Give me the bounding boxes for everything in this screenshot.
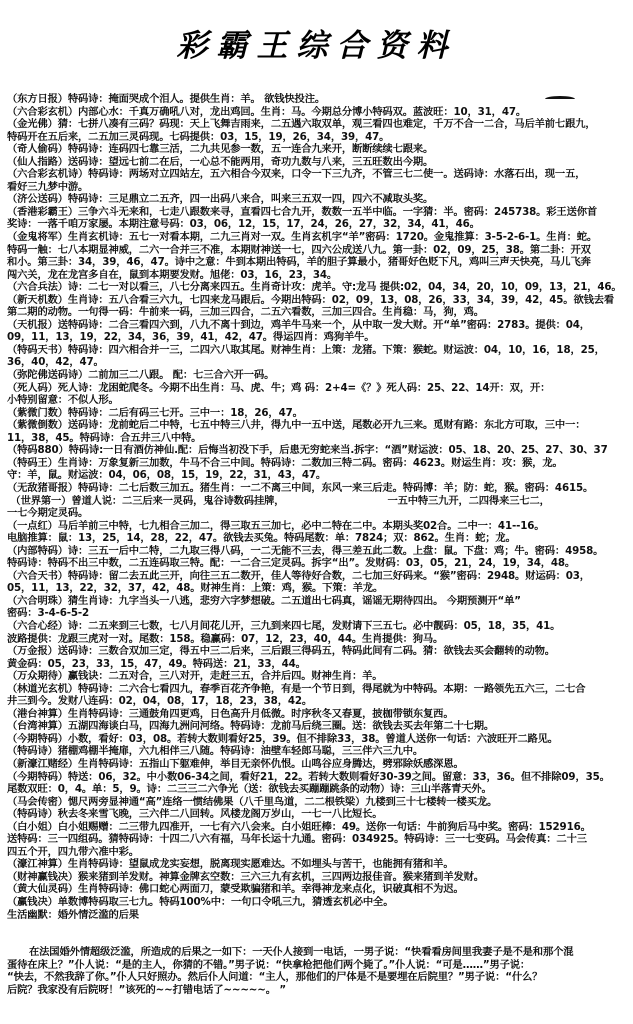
- text-line: 尾数双旺：0，4。单：5，9。诗：二三三二六争光（送：欲钱去买蹦蹦跳条的动物）诗…: [7, 783, 631, 796]
- text-line: （赢钱决）单数博特码取三七九。特码100%中：一句口令吼三九，猜透玄机必中全。: [7, 896, 631, 909]
- text-line: （黄大仙灵码）生肖特码诗：佛口蛇心两面刀，蒙受欺骗猪和羊。幸得神龙来点化，识破真…: [7, 883, 631, 896]
- text-line: 小特别留意：不似人形。: [7, 394, 631, 407]
- text-line: 和小。第三卦：34，39，46，47。诗中之意：牛到本期出特码，羊的胆子算最小，…: [7, 256, 631, 269]
- story-line: 蛋待在床上？”仆人说：“是的主人，你猜的不错。”男子说：“快拿枪把他们两个毙了。…: [7, 959, 631, 972]
- text-line: （六合彩玄机诗）特码诗：两场对立四站左，五六相合今双来，口令一下三九齐，不管三七…: [7, 168, 631, 181]
- text-line: （林道光玄机）特码诗：二六合七看四九，春季百花齐争艳，有是一个节日到，得尾就为中…: [7, 683, 631, 696]
- text-line: （六合兵法）诗：二七一对以看三，八七分离来四五。生肖奇计攻：虎羊。守:龙马 提供…: [7, 281, 631, 294]
- text-line: （万金报）送码诗：三数合双加三定，得五中三二后来，三后跟三得码五，特码此间有二码…: [7, 645, 631, 658]
- story-line: “快去，不然我辞了你。”仆人只好照办。然后仆人问道：“主人，那他们的尸体是不是要…: [7, 971, 631, 984]
- story-line: 后院？我家没有后院呀！”该死的~~打错电话了~~~~~。 ”: [7, 984, 631, 997]
- text-line: （特码880）特码诗:一日有酒仿神仙.配：后悔当初没下手，后患无穷蛇来当.拆字：…: [7, 444, 631, 457]
- page-title: 彩霸王综合资料: [0, 20, 633, 65]
- text-line: （内部特码）诗：三五一后中二特，二九取三得八码，一二无能不三去，得三差五此二数。…: [7, 545, 631, 558]
- text-line: 闯六关，龙在龙宫多自在，鼠到本期要发财。旭佬：03，16，23，34。: [7, 269, 631, 282]
- text-line: 特码开在五后来，二五加三灵码现。七码提供：03，15，19，26，34，39，4…: [7, 131, 631, 144]
- text-line: （台湾神算）五湖四海谈白马，四海九洲问河络。特码诗：龙前马后绕三圈。送：欲钱去买…: [7, 720, 631, 733]
- text-line: （六合彩玄机）内部心水：千真万确吼八对，龙出鸡回。生肖：马。今期总分博小特码双。…: [7, 106, 631, 119]
- text-line: （济公送码）特码诗：三足鼎立二五齐，四一出码八来合，叫来三五双一四，四六不减取头…: [7, 193, 631, 206]
- text-line: 特码一触：七八本期显神威，二六一合并三不准，本期财神送一七，四六公成送八九。第一…: [7, 244, 631, 257]
- text-line: （金光佛）猜：七拼八凑有三码？码现：天上飞舞吉雨来，二五遇六取双单，观三看四也难…: [7, 118, 631, 131]
- text-line: （弥陀佛送码诗）二前加三二八跟。 配：七三合六开一码。: [7, 369, 631, 382]
- text-line: 第二期的动物。一句得一码：牛前来一码，三加三四合，二五六看数，三加三四合。生肖稳…: [7, 306, 631, 319]
- text-line: （马会传密）愢尺两旁显神通“高”连络一惯结佛果（八千里鸟道，二二根铁梁）九楼到三…: [7, 796, 631, 809]
- text-line: 看好三九梦中游。: [7, 181, 631, 194]
- text-line: 36，40，42，47。: [7, 356, 631, 369]
- section-heading: [7, 934, 631, 947]
- text-line: 09，11，13，19，22，34，36，39，41，42，47。得运四肖：鸡狗…: [7, 331, 631, 344]
- text-line: 送特码：三一四组码。猜特码诗：十四二八六有福，马年长运十九通。密码：034925…: [7, 833, 631, 846]
- text-line: （今期特码）小数，看好：03，08。若转大数则看好25，39。但不排除33，38…: [7, 733, 631, 746]
- text-line: [7, 921, 631, 934]
- text-line: 特码诗：特码不出三中数，二五连码取三特。配：一二合三定灵码。拆字“出”。发财码：…: [7, 557, 631, 570]
- text-line: （万众期待）赢钱诀：二五对合，三八对开，走赶三五，合并后四。财神生肖：羊。: [7, 670, 631, 683]
- text-line: （东方日报）特码诗：掩面哭成个泪人。提供生肖：羊。 欲钱快投注。: [7, 93, 631, 106]
- text-line: （濠江神算）生肖特码诗：望鼠成龙实妄想，脱离现实愿难达。不如埋头与苦干，也能拥有…: [7, 858, 631, 871]
- text-line: （六合天书）特码诗：留二去五此三开，向往三五二数开，佳人等待好合数，二七加三好码…: [7, 570, 631, 583]
- text-line: （世界第一）曾道人说：二三后来一灵码，鬼谷诗数码挂牌， 一五中特三九开，二四得来…: [7, 495, 631, 508]
- text-line: （紫微门数）特码诗：二后有码三七开。三中一：18，26，47。: [7, 407, 631, 420]
- story-line: 在法国婚外情超级泛滥，所造成的后果之一如下：一天仆人接到一电话，一男子说：“快看…: [7, 946, 631, 959]
- text-line: 密码：3-4-6-5-2: [7, 607, 631, 620]
- text-line: （天机报）送特码诗：二合三看四六到，八九不离十到边，鸡羊牛马来一个，从中取一发大…: [7, 319, 631, 332]
- text-line: （六合明珠）猜生肖诗：九字当头一八逃，悲穷六字梦想破。二五道出七码真，谣谣无期待…: [7, 595, 631, 608]
- text-line: （奇人偷码）特码诗：连码四七靠三活，二九共见参一数，五一连合九来开，断断续续七跟…: [7, 143, 631, 156]
- text-line: （仙人指路）送码诗：望远七前二在后，一心总不能两用，奇功九数与八来，三五旺数出今…: [7, 156, 631, 169]
- text-line: （特码诗）猪棚鸡棚半掩扉，六九相伴三八随。特码诗：油壁车轻郎马聪，三三伴六三九中…: [7, 745, 631, 758]
- text-line: 四五个开，四九带六准中彩。: [7, 846, 631, 859]
- text-line: 井三到今。发财八连码：02，04，08，17，18，23，38，42。: [7, 695, 631, 708]
- text-line: （金鬼将军）生肖玄机诗：五七一对看本期，二九三肖对一双。生肖玄机字“羊”密码：1…: [7, 231, 631, 244]
- text-line: 电脑推算：鼠：13，25，14，28，22，47。欲钱去买兔。特码尾数：单：78…: [7, 532, 631, 545]
- text-line: （今期特码）特送：06，32。中小数06-34之间，看好21，22。若转大数则看…: [7, 771, 631, 784]
- text-line: （无敌猪哥报）特码诗：二七后数三加五。猪生肖：一二不离三中间，东风一来三后走。特…: [7, 482, 631, 495]
- text-line: （特码天书）特码诗：四六相合并一三，二四六八取其尾。财神生肖：上策：龙猪。下策：…: [7, 344, 631, 357]
- text-line: 奖诗：一落千咱万家屡。本期注意号码：03，06，12，15，17，24，26，2…: [7, 218, 631, 231]
- text-line: （新濠江赌经）生肖特码诗：五指山下躯难伸，举目无亲怀仇恨。山鸣谷应身腾达，劈邪除…: [7, 758, 631, 771]
- text-line: （一点红）马后羊前三中特，七九相合三加二，得三取五三加七，必中二特在二中。本期头…: [7, 520, 631, 533]
- text-line: （特码诗）秋去冬来雪飞晚，三六伴二八回转。风楼龙阁万岁山，一七一八比短长。: [7, 808, 631, 821]
- text-line: （白小姐）白小姐赐赠：二三带九四准开，一七有六八会来。白小姐旺棒：49。送你一句…: [7, 821, 631, 834]
- tips-content: （东方日报）特码诗：掩面哭成个泪人。提供生肖：羊。 欲钱快投注。 （六合彩玄机）…: [7, 93, 631, 996]
- text-line: （新天机数）生肖诗：五八合看三六九，七四来龙马跟后。今期出特码：02，09，13…: [7, 294, 631, 307]
- text-line: （香港彩霸王）三争六斗无来和，七走八跟数来寻，直看四七合九开，数数一五半中临。一…: [7, 206, 631, 219]
- text-line: 11，38，45。特码诗：合五井三八中特。: [7, 432, 631, 445]
- text-line: （紫微倒数）送码诗：龙前蛇后二中特，七五中特三八井，得九中一五中送，尾数必开九三…: [7, 419, 631, 432]
- text-line: （特码王）生肖诗：万象复新三加数，牛马不合三中间。特码诗：二数加三特二码。密码：…: [7, 457, 631, 470]
- text-line: （财神赢钱决）猴来猪到羊发财。神算金牌玄空数：三六三九有玄机，三四两边报佳音。猴…: [7, 871, 631, 884]
- text-line: 生活幽默：婚外情泛滥的后果: [7, 909, 631, 922]
- text-line: 一七今期定灵码。: [7, 507, 631, 520]
- text-line: 05，11，13，22，32，37，42，48。财神生肖：上策：鸡，猴。下策：羊…: [7, 582, 631, 595]
- text-line: （六合心经）诗：二五来到三七数，七八月间花儿开，三九到来四七尾，发财请下三五七。…: [7, 620, 631, 633]
- text-line: （死人码）死人诗：龙困蛇爬冬。今期不出生肖：马、虎、牛；鸡 码：2+4=《？》死…: [7, 382, 631, 395]
- text-line: （港台神算）生肖特码诗：三通鼓角四更鸡，日色高升月低微。时序秋冬又春夏，披枷带锁…: [7, 708, 631, 721]
- text-line: 守：羊，鼠。财运波：04，06，08，15，19，22，31，43，47。: [7, 469, 631, 482]
- text-line: 波路提供：龙跟三虎对一对。尾数：158。稳赢码：07，12，23，40，44。生…: [7, 633, 631, 646]
- text-line: 黄金码：05，23，33，15，47，49。特码送：21，33，44。: [7, 658, 631, 671]
